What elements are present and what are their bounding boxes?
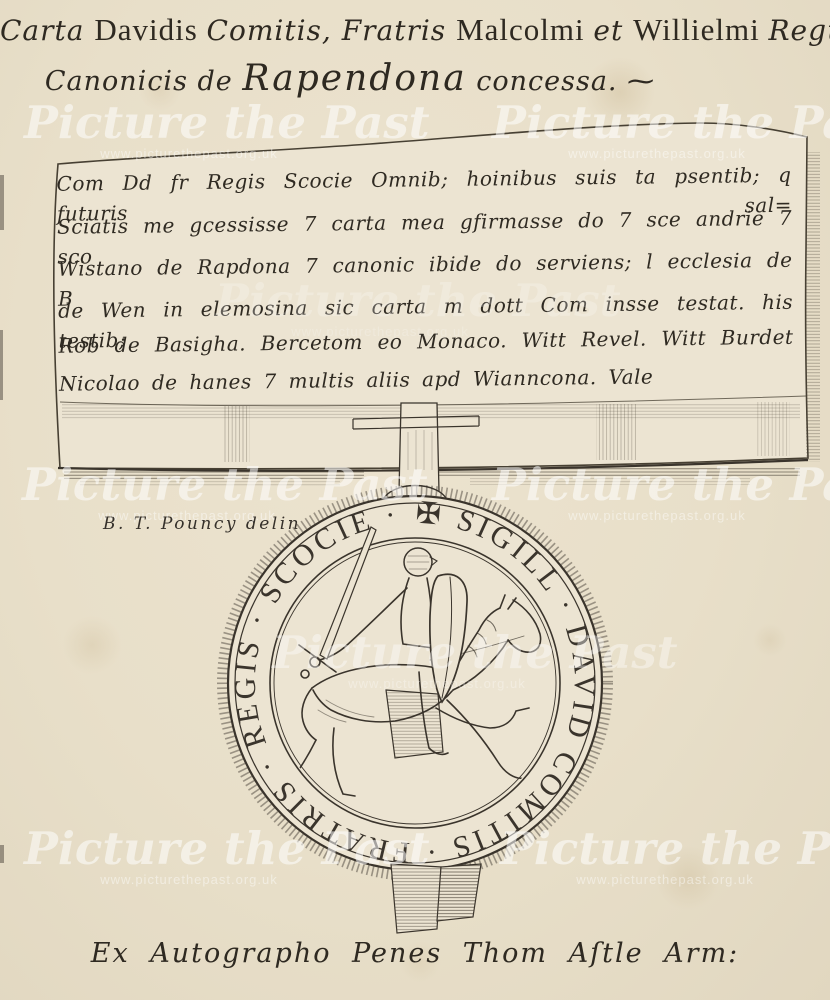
- title2-prefix: Canonicis de: [45, 66, 242, 97]
- seal: ✠ SIGILL · DAVID COMITIS · FRATRIS · REG…: [222, 490, 608, 876]
- title-word-comitis-fratris: Comitis, Fratris: [207, 14, 457, 47]
- plate-title-line1: Carta Davidis Comitis, Fratris Malcolmi …: [0, 12, 830, 48]
- title-word-carta: Carta: [0, 14, 94, 47]
- title-word-et: et: [593, 14, 633, 47]
- plate-title-line2: Canonicis de Rapendona concessa. ⁓: [40, 58, 660, 99]
- provenance-caption: Ex Autographo Penes Thom Aſtle Arm:: [0, 938, 830, 969]
- title2-placename: Rapendona: [242, 58, 466, 99]
- artist-credit: B. T. Pouncy delin: [103, 514, 301, 534]
- title2-suffix: concessa.: [467, 66, 618, 97]
- right-edge-hatch: [806, 152, 820, 462]
- title-word-regum-scotiae: Regum Scotiæ: [768, 14, 830, 47]
- title2-flourish: ⁓: [618, 66, 656, 97]
- seal-tag-bottom: [391, 864, 481, 933]
- charter-engraving: ✠ SIGILL · DAVID COMITIS · FRATRIS · REG…: [0, 0, 830, 1000]
- title-word-willielmi: Willielmi: [633, 12, 768, 47]
- title-word-davidis: Davidis: [94, 12, 206, 47]
- title-word-malcolmi: Malcolmi: [456, 12, 593, 47]
- scan-edge-marks: [0, 175, 4, 863]
- page: { "header": { "line1_carta": "Carta ", "…: [0, 0, 830, 1000]
